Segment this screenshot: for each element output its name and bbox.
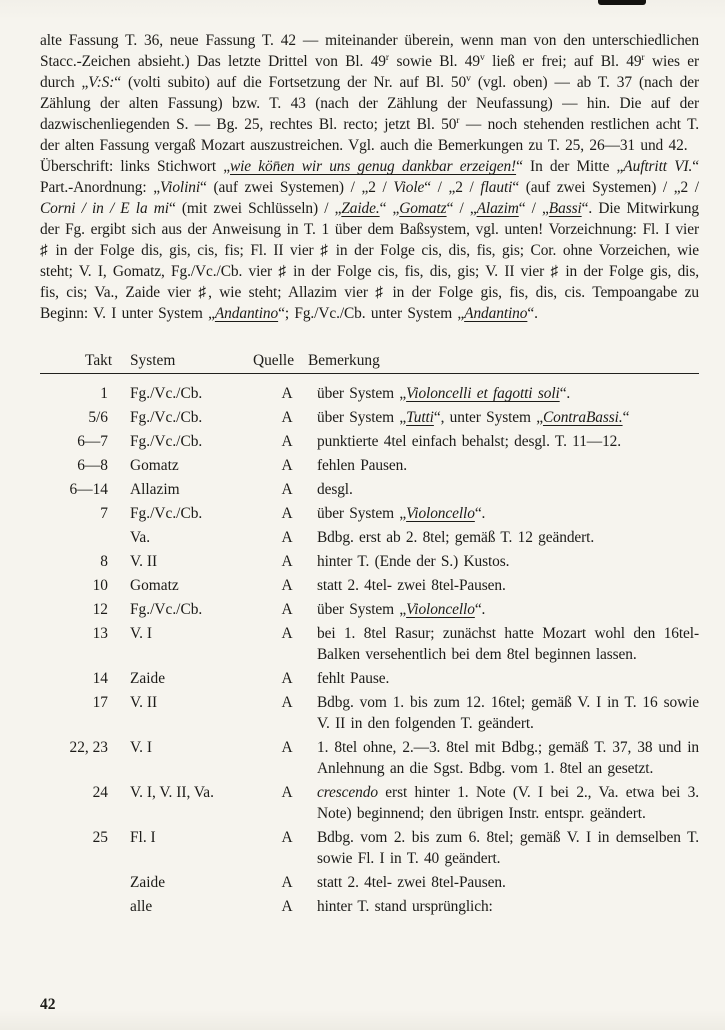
bemerkung-cell: fehlt Pause. [302, 668, 699, 689]
table-header: Takt System Quelle Bemerkung [40, 350, 699, 374]
takt-cell [40, 872, 108, 893]
takt-cell: 14 [40, 668, 108, 689]
takt-cell: 10 [40, 575, 108, 596]
takt-cell: 13 [40, 623, 108, 665]
quelle-cell: A [272, 872, 302, 893]
table-row: 8V. IIAhinter T. (Ende der S.) Kustos. [40, 551, 699, 572]
text-segment: bei 1. 8tel Rasur; zunächst hatte Mozart… [317, 625, 699, 663]
text-segment: punktierte 4tel einfach behalst; desgl. … [317, 433, 621, 450]
bemerkung-cell: hinter T. stand ursprünglich: [302, 896, 699, 917]
text-segment: “. [560, 385, 570, 402]
text-segment: über System „ [317, 505, 406, 522]
text-segment: Andantino [215, 305, 278, 322]
column-header-takt: Takt [85, 350, 112, 371]
takt-cell: 6—7 [40, 431, 108, 452]
text-segment: “ (mit zwei Schlüsseln) / „ [169, 200, 341, 217]
text-segment: ContraBassi. [543, 409, 623, 426]
text-segment: “ (auf zwei Systemen) / „2 / [512, 179, 699, 196]
column-header-bemerkung: Bemerkung [308, 350, 380, 371]
text-segment: Bdbg. erst ab 2. 8tel; gemäß T. 12 geänd… [317, 529, 594, 546]
takt-cell [40, 896, 108, 917]
table-row: 6—7Fg./Vc./Cb.Apunktierte 4tel einfach b… [40, 431, 699, 452]
table-row: 6—8GomatzAfehlen Pausen. [40, 455, 699, 476]
system-cell: Va. [108, 527, 272, 548]
quelle-cell: A [272, 575, 302, 596]
system-cell: Fg./Vc./Cb. [108, 407, 272, 428]
paragraph-continuation: alte Fassung T. 36, neue Fassung T. 42 —… [40, 30, 699, 156]
quelle-cell: A [272, 551, 302, 572]
page-number: 42 [40, 996, 56, 1014]
text-block: alte Fassung T. 36, neue Fassung T. 42 —… [40, 30, 699, 920]
text-segment: Corni / in / E la mi [40, 200, 169, 217]
system-cell: V. II [108, 692, 272, 734]
system-cell: Fg./Vc./Cb. [108, 431, 272, 452]
bemerkung-cell: fehlen Pausen. [302, 455, 699, 476]
text-segment: Violoncelli et fagotti soli [406, 385, 560, 402]
system-cell: Gomatz [108, 575, 272, 596]
table-row: 17V. IIABdbg. vom 1. bis zum 12. 16tel; … [40, 692, 699, 734]
text-segment: “ (auf zwei Systemen) / „2 / [200, 179, 393, 196]
table-rows: 1Fg./Vc./Cb.Aüber System „Violoncelli et… [40, 383, 699, 917]
scan-edge-smudge [598, 0, 646, 5]
text-segment: Bdbg. vom 2. bis zum 6. 8tel; gemäß V. I… [317, 829, 699, 867]
system-cell: Fg./Vc./Cb. [108, 503, 272, 524]
text-segment: “, unter System „ [434, 409, 543, 426]
remarks-table: Takt System Quelle Bemerkung 1Fg./Vc./Cb… [40, 350, 699, 917]
column-header-quelle: Quelle [253, 350, 294, 371]
text-segment: Tutti [406, 409, 434, 426]
text-segment: Violoncello [406, 601, 475, 618]
bemerkung-cell: Bdbg. erst ab 2. 8tel; gemäß T. 12 geänd… [302, 527, 699, 548]
text-segment: Violoncello [406, 505, 475, 522]
column-header-system: System [130, 350, 175, 371]
bemerkung-cell: über System „Violoncello“. [302, 503, 699, 524]
system-cell: V. I [108, 623, 272, 665]
bemerkung-cell: 1. 8tel ohne, 2.—3. 8tel mit Bdbg.; gemä… [302, 737, 699, 779]
text-segment: “ / „2 / [424, 179, 480, 196]
text-segment: V:S: [88, 74, 114, 91]
system-cell: Fg./Vc./Cb. [108, 383, 272, 404]
system-cell: Gomatz [108, 455, 272, 476]
text-segment: “ / „ [447, 200, 477, 217]
text-segment: sowie Bl. 49 [389, 53, 480, 70]
bemerkung-cell: über System „Violoncelli et fagotti soli… [302, 383, 699, 404]
quelle-cell: A [272, 896, 302, 917]
text-segment: Viole [393, 179, 424, 196]
takt-cell: 5/6 [40, 407, 108, 428]
text-segment: Auftritt VI. [623, 158, 692, 175]
quelle-cell: A [272, 668, 302, 689]
table-row: 14ZaideAfehlt Pause. [40, 668, 699, 689]
quelle-cell: A [272, 479, 302, 500]
scanned-document-page: alte Fassung T. 36, neue Fassung T. 42 —… [0, 0, 725, 1030]
takt-cell: 12 [40, 599, 108, 620]
text-segment: “ In der Mitte „ [516, 158, 623, 175]
quelle-cell: A [272, 407, 302, 428]
text-segment: flauti [480, 179, 512, 196]
bemerkung-cell: Bdbg. vom 2. bis zum 6. 8tel; gemäß V. I… [302, 827, 699, 869]
text-segment: “ [623, 409, 630, 426]
table-row: 25Fl. IABdbg. vom 2. bis zum 6. 8tel; ge… [40, 827, 699, 869]
bemerkung-cell: statt 2. 4tel- zwei 8tel-Pausen. [302, 872, 699, 893]
quelle-cell: A [272, 737, 302, 779]
takt-cell: 24 [40, 782, 108, 824]
bemerkung-cell: bei 1. 8tel Rasur; zunächst hatte Mozart… [302, 623, 699, 665]
table-row: Va.ABdbg. erst ab 2. 8tel; gemäß T. 12 g… [40, 527, 699, 548]
quelle-cell: A [272, 527, 302, 548]
paragraph-ueberschrift: Überschrift: links Stichwort „wie kön̄en… [40, 156, 699, 324]
quelle-cell: A [272, 455, 302, 476]
bemerkung-cell: crescendo erst hinter 1. Note (V. I bei … [302, 782, 699, 824]
table-row: 10GomatzAstatt 2. 4tel- zwei 8tel-Pausen… [40, 575, 699, 596]
bemerkung-cell: über System „Violoncello“. [302, 599, 699, 620]
text-segment: crescendo [317, 784, 378, 801]
text-segment: Alazim [477, 200, 519, 217]
text-segment: fehlen Pausen. [317, 457, 407, 474]
takt-cell: 25 [40, 827, 108, 869]
text-segment: 1. 8tel ohne, 2.—3. 8tel mit Bdbg.; gemä… [317, 739, 699, 777]
quelle-cell: A [272, 383, 302, 404]
takt-cell: 22, 23 [40, 737, 108, 779]
takt-cell: 8 [40, 551, 108, 572]
text-segment: “ / „ [519, 200, 549, 217]
takt-cell: 6—14 [40, 479, 108, 500]
text-segment: statt 2. 4tel- zwei 8tel-Pausen. [317, 577, 506, 594]
text-segment: Bdbg. vom 1. bis zum 12. 16tel; gemäß V.… [317, 694, 699, 732]
table-row: 7Fg./Vc./Cb.Aüber System „Violoncello“. [40, 503, 699, 524]
text-segment: fehlt Pause. [317, 670, 389, 687]
bemerkung-cell: statt 2. 4tel- zwei 8tel-Pausen. [302, 575, 699, 596]
text-segment: “ „ [380, 200, 400, 217]
quelle-cell: A [272, 623, 302, 665]
takt-cell: 7 [40, 503, 108, 524]
text-segment: “ (volti subito) auf die Fortsetzung der… [114, 74, 466, 91]
text-segment: “. [475, 601, 485, 618]
table-row: 1Fg./Vc./Cb.Aüber System „Violoncelli et… [40, 383, 699, 404]
text-segment: Überschrift: links Stichwort „ [40, 158, 230, 175]
text-segment: Andantino [464, 305, 527, 322]
system-cell: Allazim [108, 479, 272, 500]
takt-cell: 6—8 [40, 455, 108, 476]
table-row: 13V. IAbei 1. 8tel Rasur; zunächst hatte… [40, 623, 699, 665]
text-segment: Violini [160, 179, 200, 196]
system-cell: V. II [108, 551, 272, 572]
system-cell: Fg./Vc./Cb. [108, 599, 272, 620]
table-row: 5/6Fg./Vc./Cb.Aüber System „Tutti“, unte… [40, 407, 699, 428]
quelle-cell: A [272, 782, 302, 824]
text-segment: ließ er frei; auf Bl. 49 [485, 53, 642, 70]
text-segment: über System „ [317, 409, 406, 426]
system-cell: V. I, V. II, Va. [108, 782, 272, 824]
text-segment: hinter T. stand ursprünglich: [317, 898, 493, 915]
quelle-cell: A [272, 503, 302, 524]
quelle-cell: A [272, 827, 302, 869]
text-segment: statt 2. 4tel- zwei 8tel-Pausen. [317, 874, 506, 891]
text-segment: “. Die Mitwirkung der Fg. ergibt sich au… [40, 200, 699, 322]
table-row: ZaideAstatt 2. 4tel- zwei 8tel-Pausen. [40, 872, 699, 893]
table-row: alleAhinter T. stand ursprünglich: [40, 896, 699, 917]
system-cell: V. I [108, 737, 272, 779]
takt-cell [40, 527, 108, 548]
text-segment: Gomatz [399, 200, 446, 217]
text-segment: “. [475, 505, 485, 522]
bemerkung-cell: hinter T. (Ende der S.) Kustos. [302, 551, 699, 572]
text-segment: hinter T. (Ende der S.) Kustos. [317, 553, 509, 570]
bemerkung-cell: desgl. [302, 479, 699, 500]
quelle-cell: A [272, 431, 302, 452]
text-segment: Zaide. [341, 200, 379, 217]
table-row: 22, 23V. IA1. 8tel ohne, 2.—3. 8tel mit … [40, 737, 699, 779]
text-segment: Bassi [549, 200, 582, 217]
table-row: 24V. I, V. II, Va.Acrescendo erst hinter… [40, 782, 699, 824]
system-cell: Zaide [108, 872, 272, 893]
takt-cell: 1 [40, 383, 108, 404]
text-segment: über System „ [317, 601, 406, 618]
system-cell: Zaide [108, 668, 272, 689]
bemerkung-cell: über System „Tutti“, unter System „Contr… [302, 407, 699, 428]
text-segment: “. [527, 305, 537, 322]
table-row: 12Fg./Vc./Cb.Aüber System „Violoncello“. [40, 599, 699, 620]
system-cell: Fl. I [108, 827, 272, 869]
text-segment: über System „ [317, 385, 406, 402]
text-segment: “; Fg./Vc./Cb. unter System „ [278, 305, 464, 322]
takt-cell: 17 [40, 692, 108, 734]
quelle-cell: A [272, 599, 302, 620]
text-segment: desgl. [317, 481, 353, 498]
table-row: 6—14AllazimAdesgl. [40, 479, 699, 500]
system-cell: alle [108, 896, 272, 917]
bemerkung-cell: punktierte 4tel einfach behalst; desgl. … [302, 431, 699, 452]
text-segment: wie kön̄en wir uns genug dankbar erzeige… [230, 158, 516, 175]
bemerkung-cell: Bdbg. vom 1. bis zum 12. 16tel; gemäß V.… [302, 692, 699, 734]
quelle-cell: A [272, 692, 302, 734]
